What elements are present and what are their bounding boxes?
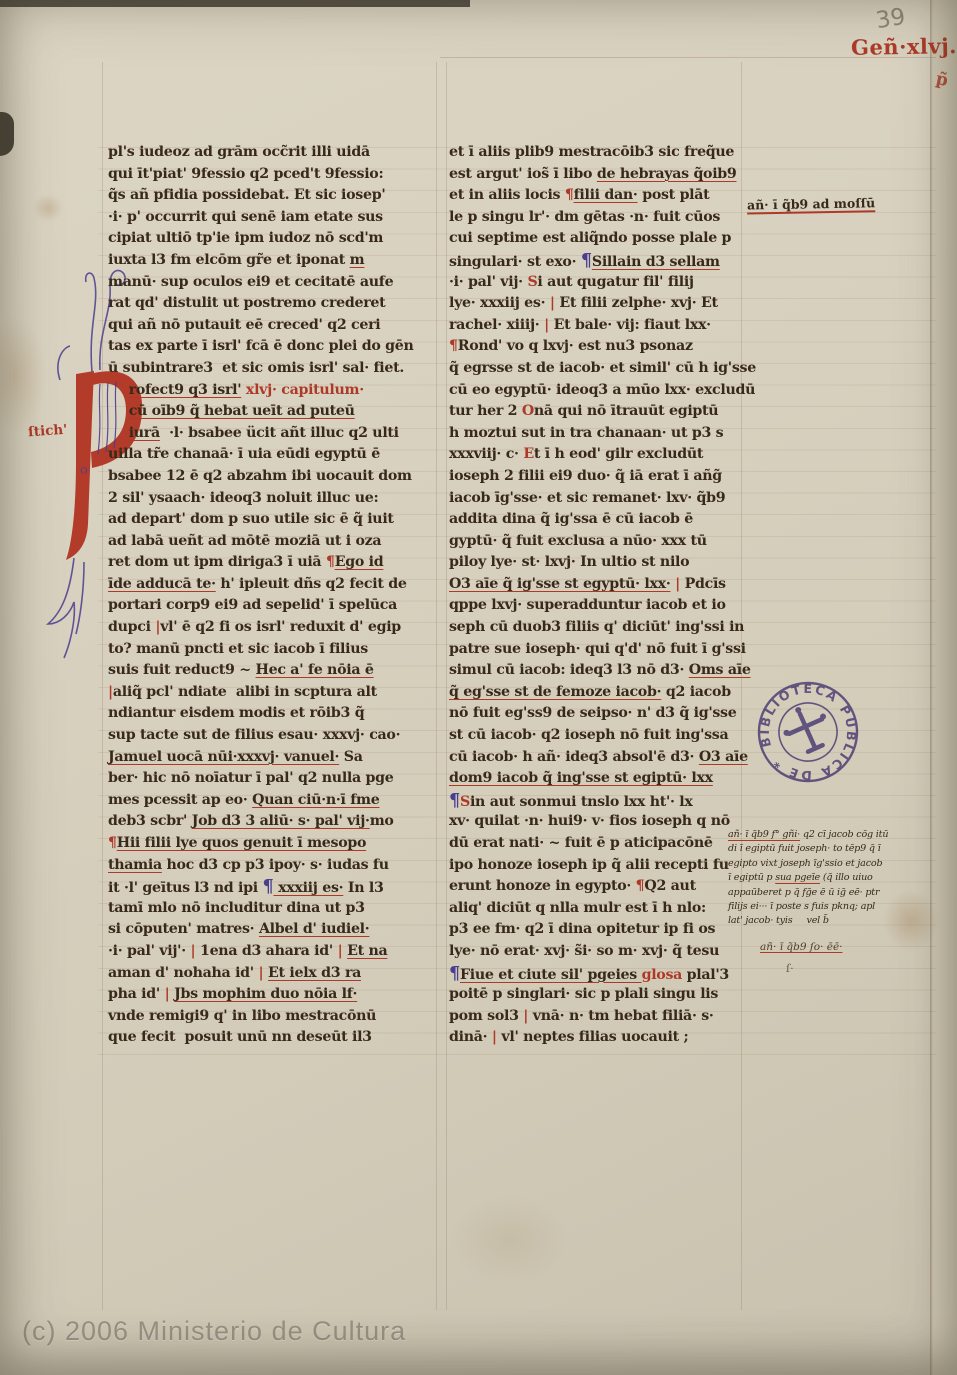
text-run: rachel· xiiij·: [449, 317, 544, 333]
text-run: aliq' diciūt q nlla mulr est ī h nlo:: [449, 900, 706, 916]
text-run: ·i· pal' vij·: [449, 274, 527, 290]
text-line: bsabee 12 ē q2 abzahm ibi uocauit dom: [108, 466, 440, 488]
text-run: pha id': [108, 986, 165, 1002]
text-run: ipo honoze ioseph ip q̃ alii recepti fu: [449, 857, 729, 873]
text-line: ¶Fiue et ciute sil' pgeies glosa plal'3: [449, 963, 745, 985]
text-line: 2 sil' ysaach· ideoq3 noluit illuc ue:: [108, 488, 440, 510]
text-line: qui añ nō putauit eē creced' q2 ceri: [108, 315, 440, 337]
text-line: q̃ eg'sse st de femoze iacob· q2 iacob: [449, 682, 745, 704]
text-run: lye· nō erat· xvj· s̃i· so m· xvj· q̃ te…: [449, 943, 719, 959]
text-run: poitē p singlari· sic p plali singu lis: [449, 986, 718, 1002]
text-line: it ·l' geītus l3 nd ipi ¶ xxxiij es· In …: [108, 876, 440, 898]
text-run: sua pgeīe: [775, 872, 820, 883]
text-run: vnā· n· tm hebat filiā· s·: [528, 1008, 713, 1024]
text-line: que fecit posuit unū nn deseūt il3: [108, 1027, 440, 1049]
text-run: dinā·: [449, 1029, 492, 1045]
text-run: Q2 aut: [644, 878, 695, 894]
text-run: O3 aīe: [699, 749, 748, 765]
text-run: post plāt: [638, 187, 710, 203]
text-line: appaūberet p q̃ fg̃e ē ū ig̃ eē· ptr: [728, 886, 956, 900]
text-run: et ī aliis plib9 mestracōib3 sic freq̃ue: [449, 144, 734, 160]
binding-notch: [0, 112, 14, 156]
text-run: [108, 403, 129, 419]
text-line: p3 ee fm· q2 ī dina opitetur ip fi os: [449, 919, 745, 941]
text-run: [792, 915, 806, 926]
text-line: ad labā ueñt ad mōtē moziā ut i oza: [108, 531, 440, 553]
text-run: Albel d' iudiel·: [259, 921, 369, 937]
text-run: deb3 scbr': [108, 813, 192, 829]
text-line: seph cū duob3 filiis q' diciūt' ing'ssi …: [449, 617, 745, 639]
text-line: pom sol3 | vnā· n· tm hebat filiā· s·: [449, 1006, 745, 1028]
text-run: vel b̃: [806, 915, 828, 926]
text-line: erunt honoze in egypto· ¶Q2 aut: [449, 876, 745, 898]
text-run: suis fuit reduct9 ~: [108, 662, 256, 678]
text-line: qui īt'piat' 9fessio q2 pced't 9fessio:: [108, 164, 440, 186]
text-column-right: et ī aliis plib9 mestracōib3 sic freq̃ue…: [449, 142, 745, 1049]
text-line: manū· sup oculos ei9 et cecitatē aufe: [108, 272, 440, 294]
text-run: Rond' vo q lxvj· est nu3 psonaz: [458, 338, 693, 354]
text-line: uilla tr̃e chanaā· ī uia eūdi egyptū ē: [108, 444, 440, 466]
text-run: bsabee 12 ē q2 abzahm ibi uocauit dom: [108, 468, 412, 484]
text-run: Pdcīs: [680, 576, 726, 592]
text-run: nā qui nō ītrauūt egiptū: [534, 403, 718, 419]
text-run: rat qd' distulit ut postremo crederet: [108, 295, 385, 311]
text-run: thamia: [108, 857, 162, 873]
text-line: cū eo egyptū· ideoq3 a mūo lxx· excludū: [449, 380, 745, 402]
text-run: |: [338, 943, 348, 959]
text-line: lye· xxxiij es· | Et filii zelphe· xvj· …: [449, 293, 745, 315]
text-line: qppe lxvj· superadduntur iacob et io: [449, 595, 745, 617]
text-line: to? manū pncti et sic iacob ī filius: [108, 639, 440, 661]
text-line: iacob īg'sse· et sic remanet· lxv· q̃b9: [449, 488, 745, 510]
text-line: simul cū iacob: ideq3 l3 nō d3· Oms aīe: [449, 660, 745, 682]
text-run: Hii filii lye quos genuit ī mesopo: [117, 835, 366, 851]
text-run: Jamuel uocā nūi·xxxvj· vanuel·: [108, 749, 339, 765]
text-run: q2 iacob: [661, 684, 731, 700]
text-run: tur her 2: [449, 403, 522, 419]
text-run: i aut qugatur fil' filij: [537, 274, 693, 290]
text-run: [108, 382, 129, 398]
text-run: [108, 425, 129, 441]
text-run: xv· quilat ·n· hui9· v· fios ioseph q nō: [449, 813, 730, 829]
scan-top-edge: [0, 0, 470, 7]
text-run: rofect9 q3 isrl': [129, 382, 242, 398]
text-run: O: [522, 403, 534, 419]
text-run: simul cū iacob: ideq3 l3 nō d3·: [449, 662, 689, 678]
text-run: Quan ciū·n·ī fme: [252, 792, 379, 808]
text-line: et in aliis locis ¶filii dan· post plāt: [449, 185, 745, 207]
text-run: ¶: [449, 790, 460, 811]
text-run: ¶: [262, 876, 273, 897]
text-line: si cōputen' matres· Albel d' iudiel·: [108, 919, 440, 941]
text-line: nō fuit eg'ss9 de seipso· n' d3 q̃ ig'ss…: [449, 703, 745, 725]
text-line: addita dina q̃ ig'ssa ē cū iacob ē: [449, 509, 745, 531]
text-run: ·i· pal' vij'·: [108, 943, 190, 959]
text-run: vnde remigi9 q' in libo mestracōnū: [108, 1008, 376, 1024]
text-line: gyptū· q̃ fuit exclusa a nūo· xxx tū: [449, 531, 745, 553]
text-run: mo: [370, 813, 394, 829]
text-run: ¶: [326, 554, 335, 570]
text-run: de hebrayas q̃oib9: [597, 166, 737, 182]
text-line: ioseph 2 filii ei9 duo· q̃ iā erat ī añg…: [449, 466, 745, 488]
text-run: glosa: [642, 967, 682, 983]
text-line: ¶Sin aut sonmui tnslo lxx ht'· lx: [449, 790, 745, 812]
text-run: vl' neptes filias uocauit ;: [497, 1029, 689, 1045]
text-line: deb3 scbr' Job d3 3 aliū· s· pal' vij·mo: [108, 811, 440, 833]
text-line: patre sue ioseph· qui q'd' nō fuit ī g's…: [449, 639, 745, 661]
text-run: appaūberet p q̃ fg̃e ē ū ig̃ eē· ptr: [728, 887, 879, 898]
text-run: tas ex parte ī isrl' fcā ē donc plei do …: [108, 338, 414, 354]
manuscript-scan: 39 Geñ·xlvj. p̃ o: [0, 0, 957, 1375]
text-run: manū· sup oculos ei9 et cecitatē aufe: [108, 274, 393, 290]
text-line: h moztui sut in tra chanaan· ut p3 s: [449, 423, 745, 445]
text-run: ¶: [565, 187, 574, 203]
penwork-flourish-bottom: [48, 558, 84, 658]
text-line: ndiantur eisdem modis et rōib3 q̃: [108, 703, 440, 725]
text-run: ū subintrare3 et sic omis isrl' sal· fie…: [108, 360, 404, 376]
copyright-watermark: (c) 2006 Ministerio de Cultura: [22, 1316, 406, 1347]
text-line: le p singu lr'· dm gētas ·n· fuit cūos: [449, 207, 745, 229]
text-line: ū subintrare3 et sic omis isrl' sal· fie…: [108, 358, 440, 380]
text-run: que fecit posuit unū nn deseūt il3: [108, 1029, 372, 1045]
text-line: ber· hic nō noīatur ī pal' q2 nulla pge: [108, 768, 440, 790]
text-line: iurā ·l· bsabee ücit añt illuc q2 ulti: [108, 423, 440, 445]
text-run: le p singu lr'· dm gētas ·n· fuit cūos: [449, 209, 720, 225]
text-run: cū iacob· h añ· ideq3 absol'ē d3·: [449, 749, 699, 765]
text-line: et ī aliis plib9 mestracōib3 sic freq̃ue: [449, 142, 745, 164]
text-line: tur her 2 Onā qui nō ītrauūt egiptū: [449, 401, 745, 423]
text-run: E: [523, 446, 534, 462]
text-run: addita dina q̃ ig'ssa ē cū iacob ē: [449, 511, 693, 527]
text-line: |aliq̃ pcl' ndiate alibi in scptura alt: [108, 682, 440, 704]
text-run: Et na: [347, 943, 387, 959]
text-run: mes pcessit ap eo·: [108, 792, 252, 808]
text-line: aliq' diciūt q nlla mulr est ī h nlo:: [449, 898, 745, 920]
text-line: cui septime est aliq̃ndo posse plale p: [449, 228, 745, 250]
text-run: Jbs mophim duo nōia lf·: [174, 986, 357, 1002]
text-run: O3 aīe q̃ ig'sse st egyptū· lxx·: [449, 576, 670, 592]
text-run: Job d3 3 aliū· s· pal' vij·: [192, 813, 370, 829]
text-run: gyptū· q̃ fuit exclusa a nūo· xxx tū: [449, 533, 707, 549]
text-run: filijs ei··· ī poste s fuis pknq; apl: [728, 901, 875, 912]
text-run: erunt honoze in egypto·: [449, 878, 636, 894]
text-run: ioseph 2 filii ei9 duo· q̃ iā erat ī añg…: [449, 468, 722, 484]
text-run: in aut sonmui tnslo lxx ht'· lx: [470, 794, 693, 810]
text-run: qppe lxvj· superadduntur iacob et io: [449, 597, 726, 613]
text-line: dū erat nati· ~ fuit ē p aticipacōnē: [449, 833, 745, 855]
text-run: Et ielx d3 ra: [268, 965, 361, 981]
text-run: ber· hic nō noīatur ī pal' q2 nulla pge: [108, 770, 394, 786]
text-run: singulari· st exo·: [449, 254, 581, 270]
text-line: xv· quilat ·n· hui9· v· fios ioseph q nō: [449, 811, 745, 833]
text-run: 2 sil' ysaach· ideoq3 noluit illuc ue:: [108, 490, 378, 506]
text-run: Et filii zelphe· xvj· Et: [555, 295, 718, 311]
text-run: ndiantur eisdem modis et rōib3 q̃: [108, 705, 364, 721]
text-run: filii dan·: [574, 187, 638, 203]
text-line: q̃ egrsse st de iacob· et simil' cū h ig…: [449, 358, 745, 380]
text-run: et in aliis locis: [449, 187, 565, 203]
text-run: Hec a' fe nōia ē: [256, 662, 374, 678]
text-line: ·i· pal' vij· Si aut qugatur fil' filij: [449, 272, 745, 294]
parchment-stain: [430, 1180, 590, 1300]
text-line: portari corp9 ei9 ad sepelid' ī spelūca: [108, 595, 440, 617]
text-line: piloy lye· st· lxvj· In ultio st nilo: [449, 552, 745, 574]
text-run: sup tacte sut de filius esau· xxxvj· cao…: [108, 727, 400, 743]
text-line: ad depart' dom p suo utile sic ē q̃ iuit: [108, 509, 440, 531]
text-run: aman d' nohaha id': [108, 965, 258, 981]
text-run: ret dom ut ipm diriga3 ī uiā: [108, 554, 326, 570]
text-run: ¶: [108, 835, 117, 851]
text-run: aliq̃ pcl' ndiate alibi in scptura alt: [113, 684, 377, 700]
text-run: plal'3: [682, 967, 729, 983]
text-run: ad labā ueñt ad mōtē moziā ut i oza: [108, 533, 381, 549]
text-run: dupci: [108, 619, 155, 635]
text-run: cū eo egyptū· ideoq3 a mūo lxx· excludū: [449, 382, 755, 398]
text-line: lat' jacob· tyis vel b̃: [728, 914, 956, 928]
text-line: cū iacob· h añ· ideq3 absol'ē d3· O3 aīe: [449, 747, 745, 769]
text-run: pom sol3: [449, 1008, 523, 1024]
text-line: tas ex parte ī isrl' fcā ē donc plei do …: [108, 336, 440, 358]
text-run: vl' ē q2 fi os isrl' reduxit d' egip: [160, 619, 401, 635]
text-run: seph cū duob3 filiis q' diciūt' ing'ssi …: [449, 619, 744, 635]
text-run: In l3: [343, 880, 383, 896]
text-run: Et bale· vij: fiaut lxx·: [549, 317, 711, 333]
text-run: Ego id: [335, 554, 384, 570]
text-run: pl's iudeoz ad grām occ̃rit illi uidā: [108, 144, 370, 160]
text-run: dom9 iacob q̃ ing'sse st egiptū· lxx: [449, 770, 713, 786]
text-run: tamī mlo nō includitur dina ut p3: [108, 900, 365, 916]
text-run: lye· xxxiij es·: [449, 295, 550, 311]
text-line: iuxta l3 fm elcōm gr̃e et iponat m: [108, 250, 440, 272]
text-run: ¶: [449, 338, 458, 354]
text-run: st cū iacob· q2 ioseph nō fuit ing'ssa: [449, 727, 728, 743]
text-run: dū erat nati· ~ fuit ē p aticipacōnē: [449, 835, 713, 851]
text-line: dupci |vl' ē q2 fi os isrl' reduxit d' e…: [108, 617, 440, 639]
text-run: qui añ nō putauit eē creced' q2 ceri: [108, 317, 380, 333]
text-run: xlvj· capitulum·: [246, 382, 364, 398]
text-line: lye· nō erat· xvj· s̃i· so m· xvj· q̃ te…: [449, 941, 745, 963]
text-line: poitē p singlari· sic p plali singu lis: [449, 984, 745, 1006]
penwork-detail: o: [80, 463, 88, 478]
text-run: Sa: [339, 749, 362, 765]
text-line: cū oīb9 q̃ hebat ueīt ad puteū: [108, 401, 440, 423]
text-run: qui īt'piat' 9fessio q2 pced't 9fessio:: [108, 166, 383, 182]
text-line: rofect9 q3 isrl' xlvj· capitulum·: [108, 380, 440, 402]
right-margin-mark: ſ·: [786, 962, 794, 975]
text-run: iacob īg'sse· et sic remanet· lxv· q̃b9: [449, 490, 725, 506]
text-line: di ī egiptū fuit joseph· to tēp9 q̃ ī: [728, 842, 956, 856]
text-line: pl's iudeoz ad grām occ̃rit illi uidā: [108, 142, 440, 164]
text-line: añ· ī q̃b9 f° gñi· q2 cī jacob cōg itū: [728, 828, 956, 842]
text-line: rat qd' distulit ut postremo crederet: [108, 293, 440, 315]
text-run: q2 cī jacob cōg itū: [800, 829, 888, 840]
text-line: O3 aīe q̃ ig'sse st egyptū· lxx· | Pdcīs: [449, 574, 745, 596]
text-run: si cōputen' matres·: [108, 921, 259, 937]
text-run: to? manū pncti et sic iacob ī filius: [108, 641, 368, 657]
text-run: ad depart' dom p suo utile sic ē q̃ iuit: [108, 511, 394, 527]
text-run: nō fuit eg'ss9 de seipso· n' d3 q̃ ig'ss…: [449, 705, 736, 721]
text-line: singulari· st exo· ¶Sillain d3 sellam: [449, 250, 745, 272]
text-line: cipiat ultiō tp'ie ipm iudoz nō scd'm: [108, 228, 440, 250]
text-run: |: [165, 986, 175, 1002]
text-column-left: pl's iudeoz ad grām occ̃rit illi uidāqui…: [108, 142, 440, 1049]
text-line: ¶Rond' vo q lxvj· est nu3 psonaz: [449, 336, 745, 358]
text-run: portari corp9 ei9 ad sepelid' ī spelūca: [108, 597, 397, 613]
text-line: mes pcessit ap eo· Quan ciū·n·ī fme: [108, 790, 440, 812]
text-line: thamia hoc d3 cp p3 ipoy· s· iudas fu: [108, 855, 440, 877]
text-line: ·i· pal' vij'· | 1ena d3 ahara id' | Et …: [108, 941, 440, 963]
text-run: S: [527, 274, 537, 290]
text-line: egipto vixt joseph īg'ssio et jacob: [728, 857, 956, 871]
text-run: 1ena d3 ahara id': [200, 943, 338, 959]
text-run: iuxta l3 fm elcōm gr̃e et iponat: [108, 252, 350, 268]
text-run: |: [258, 965, 268, 981]
text-run: Oms aīe: [689, 662, 751, 678]
vertical-ruling: [446, 62, 447, 1310]
text-run: īde adducā te·: [108, 576, 216, 592]
text-line: xxxviij· c· Et ī h eod' gilr excludūt: [449, 444, 745, 466]
text-line: ·i· p' occurrit qui senē iam etate sus: [108, 207, 440, 229]
parchment-stain: [26, 188, 70, 228]
text-run: q̃ eg'sse st de femoze iacob·: [449, 684, 661, 700]
text-run: q̃ egrsse st de iacob· et simil' cū h ig…: [449, 360, 756, 376]
text-line: st cū iacob· q2 ioseph nō fuit ing'ssa: [449, 725, 745, 747]
text-line: Jamuel uocā nūi·xxxvj· vanuel· Sa: [108, 747, 440, 769]
text-run: m: [350, 252, 365, 268]
text-run: iurā: [129, 425, 160, 441]
text-run: hoc d3 cp p3 ipoy· s· iudas fu: [162, 857, 389, 873]
text-line: q̃s añ pfidia possidebat. Et sic iosep': [108, 185, 440, 207]
text-line: dinā· | vl' neptes filias uocauit ;: [449, 1027, 745, 1049]
text-line: dom9 iacob q̃ ing'sse st egiptū· lxx: [449, 768, 745, 790]
text-run: S: [460, 794, 470, 810]
text-line: pha id' | Jbs mophim duo nōia lf·: [108, 984, 440, 1006]
text-run: t ī h eod' gilr excludūt: [534, 446, 703, 462]
text-run: h' ipleuit dñs q2 fecit de: [216, 576, 407, 592]
right-margin-gloss: añ· ī q̃b9 f° gñi· q2 cī jacob cōg itūdi…: [728, 828, 956, 929]
text-line: aman d' nohaha id' | Et ielx d3 ra: [108, 963, 440, 985]
text-line: ret dom ut ipm diriga3 ī uiā ¶Ego id: [108, 552, 440, 574]
text-run: Sillain d3 sellam: [592, 254, 720, 270]
text-run: ¶: [581, 250, 592, 271]
text-run: |: [190, 943, 200, 959]
right-margin-note-top: añ· ī q̃b9 ad moſſū: [747, 195, 917, 213]
text-run: est argut' ios̃ ī libo: [449, 166, 597, 182]
text-line: ¶Hii filii lye quos genuit ī mesopo: [108, 833, 440, 855]
text-line: suis fuit reduct9 ~ Hec a' fe nōia ē: [108, 660, 440, 682]
text-run: cū oīb9 q̃ hebat ueīt ad puteū: [129, 403, 355, 419]
text-run: it ·l' geītus l3 nd ipi: [108, 880, 262, 896]
text-line: sup tacte sut de filius esau· xxxvj· cao…: [108, 725, 440, 747]
text-run: q̃s añ pfidia possidebat. Et sic iosep': [108, 187, 385, 203]
left-margin-note: ſtich': [27, 422, 67, 441]
text-run: ·l· bsabee ücit añt illuc q2 ulti: [160, 425, 399, 441]
text-run: piloy lye· st· lxvj· In ultio st nilo: [449, 554, 689, 570]
text-run: uilla tr̃e chanaā· ī uia eūdi egyptū ē: [108, 446, 380, 462]
text-run: ¶: [449, 963, 460, 984]
text-run: Fiue et ciute sil' pgeies: [460, 967, 642, 983]
text-line: est argut' ios̃ ī libo de hebrayas q̃oib…: [449, 164, 745, 186]
right-margin-note-bottom: añ· ī q̃b9 ſo· ēē·: [760, 941, 843, 953]
text-run: p3 ee fm· q2 ī dina opitetur ip fi os: [449, 921, 715, 937]
text-line: tamī mlo nō includitur dina ut p3: [108, 898, 440, 920]
vertical-ruling: [102, 62, 103, 1310]
text-line: īde adducā te· h' ipleuit dñs q2 fecit d…: [108, 574, 440, 596]
stamp-cross-emblem: [777, 699, 836, 758]
text-run: ·i· p' occurrit qui senē iam etate sus: [108, 209, 383, 225]
text-run: cui septime est aliq̃ndo posse plale p: [449, 230, 731, 246]
text-run: patre sue ioseph· qui q'd' nō fuit ī g's…: [449, 641, 746, 657]
text-run: h moztui sut in tra chanaan· ut p3 s: [449, 425, 723, 441]
text-run: cipiat ultiō tp'ie ipm iudoz nō scd'm: [108, 230, 383, 246]
text-line: vnde remigi9 q' in libo mestracōnū: [108, 1006, 440, 1028]
pencil-folio-number: 39: [874, 4, 907, 34]
text-run: (q̃ illo uiuo: [820, 872, 873, 883]
running-title: Geñ·xlvj.: [851, 33, 957, 60]
text-run: xxxviij· c·: [449, 446, 523, 462]
text-line: rachel· xiiij· | Et bale· vij: fiaut lxx…: [449, 315, 745, 337]
text-line: ī egiptū p sua pgeīe (q̃ illo uiuo: [728, 871, 956, 885]
text-run: xxxiij es·: [273, 880, 343, 896]
text-line: ipo honoze ioseph ip q̃ alii recepti fu: [449, 855, 745, 877]
text-run: egipto vixt joseph īg'ssio et jacob: [728, 858, 882, 869]
text-line: filijs ei··· ī poste s fuis pknq; apl: [728, 900, 956, 914]
text-run: di ī egiptū fuit joseph· to tēp9 q̃ ī: [728, 843, 881, 854]
